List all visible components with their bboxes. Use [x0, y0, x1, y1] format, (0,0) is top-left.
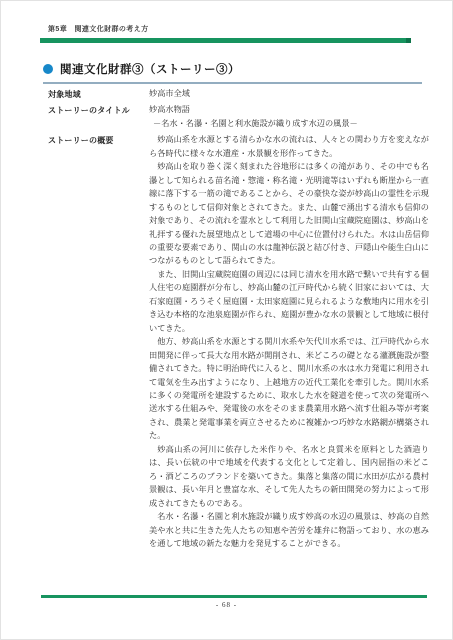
field-row-area: 対象地域 妙高市全域 [48, 87, 430, 100]
story-title-value: 妙高水物語 －名水・名瀑・名園と利水施設が織り成す水辺の風景－ [149, 103, 429, 130]
summary-paragraph: 名水・名瀑・名園と利水施設が織り成す妙高の水辺の風景は、妙高の自然美や水と共に生… [149, 510, 429, 550]
section-heading: 関連文化財群③（ストーリー③） [43, 61, 422, 84]
story-title-main: 妙高水物語 [149, 103, 429, 116]
summary-label: ストーリーの概要 [48, 133, 149, 146]
area-value: 妙高市全域 [149, 87, 429, 100]
section-title: 関連文化財群③（ストーリー③） [60, 61, 240, 77]
summary-paragraph: また、旧関山宝蔵院庭園の周辺には同じ清水を用水路で繋いで共有する個人住宅の庭園群… [149, 268, 429, 335]
summary-paragraph: 妙高山を取り巻く深く刻まれた谷地形には多くの滝があり、その中でも名瀑として知られ… [149, 160, 429, 268]
page-number: - 68 - [1, 601, 452, 609]
field-row-story-title: ストーリーのタイトル 妙高水物語 －名水・名瀑・名園と利水施設が織り成す水辺の風… [48, 103, 430, 130]
story-title-subtitle: －名水・名瀑・名園と利水施設が織り成す水辺の風景－ [149, 117, 429, 130]
story-fields: 対象地域 妙高市全域 ストーリーのタイトル 妙高水物語 －名水・名瀑・名園と利水… [48, 87, 430, 553]
summary-paragraph: 妙高山系を水源とする清らかな水の流れは、人々との関わり方を変えながら各時代に様々… [149, 133, 429, 160]
area-label: 対象地域 [48, 87, 149, 100]
footer-divider-line [41, 595, 427, 598]
summary-paragraph: 妙高山系の河川に依存した米作りや、名水と良質米を原料とした酒造りは、長い伝統の中… [149, 443, 429, 510]
chapter-header: 第5章 関連文化財群の考え方 [48, 24, 149, 34]
bullet-circle-icon [43, 64, 53, 74]
field-row-summary: ストーリーの概要 妙高山系を水源とする清らかな水の流れは、人々との関わり方を変え… [48, 133, 430, 550]
header-divider-bar [40, 38, 411, 43]
document-page: 第5章 関連文化財群の考え方 関連文化財群③（ストーリー③） 対象地域 妙高市全… [0, 0, 453, 640]
story-title-label: ストーリーのタイトル [48, 103, 149, 116]
summary-paragraph: 他方、妙高山系を水源とする関川水系や矢代川水系では、江戸時代から水田開発に伴って… [149, 335, 429, 443]
summary-text: 妙高山系を水源とする清らかな水の流れは、人々との関わり方を変えながら各時代に様々… [149, 133, 429, 550]
